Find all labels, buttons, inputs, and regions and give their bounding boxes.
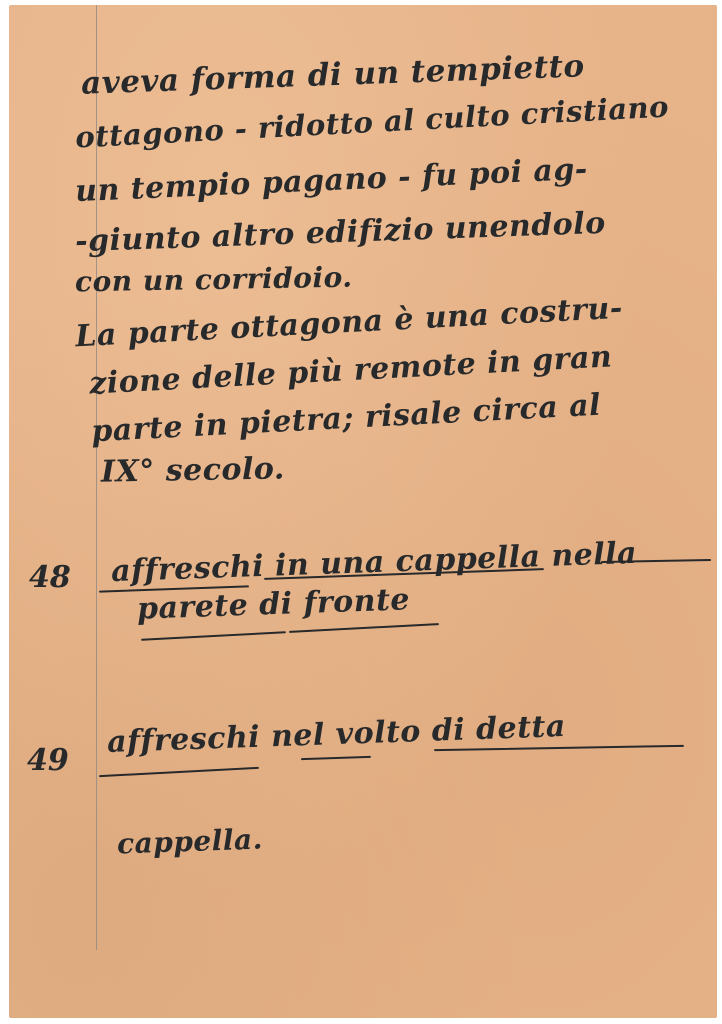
text-line: IX° secolo. [101, 451, 285, 489]
entry-number: 49 [27, 743, 69, 778]
text-line: -giunto altro edifizio unendolo [75, 206, 607, 260]
underline [99, 767, 259, 777]
entry-line: affreschi in una cappella nella [111, 536, 638, 589]
text-line: un tempio pagano - fu poi ag- [74, 152, 588, 209]
text-line: con un corridoio. [75, 261, 353, 299]
underline [141, 631, 286, 641]
handwritten-page: aveva forma di un tempietto ottagono - r… [9, 5, 717, 1018]
underline [301, 756, 371, 760]
text-line: ottagono - ridotto al culto cristiano [75, 89, 670, 154]
text-line: aveva forma di un tempietto [81, 48, 586, 102]
entry-line: cappella. [116, 822, 263, 860]
underline [289, 623, 439, 633]
entry-line: affreschi nel volto di detta [107, 709, 567, 760]
entry-number: 48 [29, 560, 71, 595]
